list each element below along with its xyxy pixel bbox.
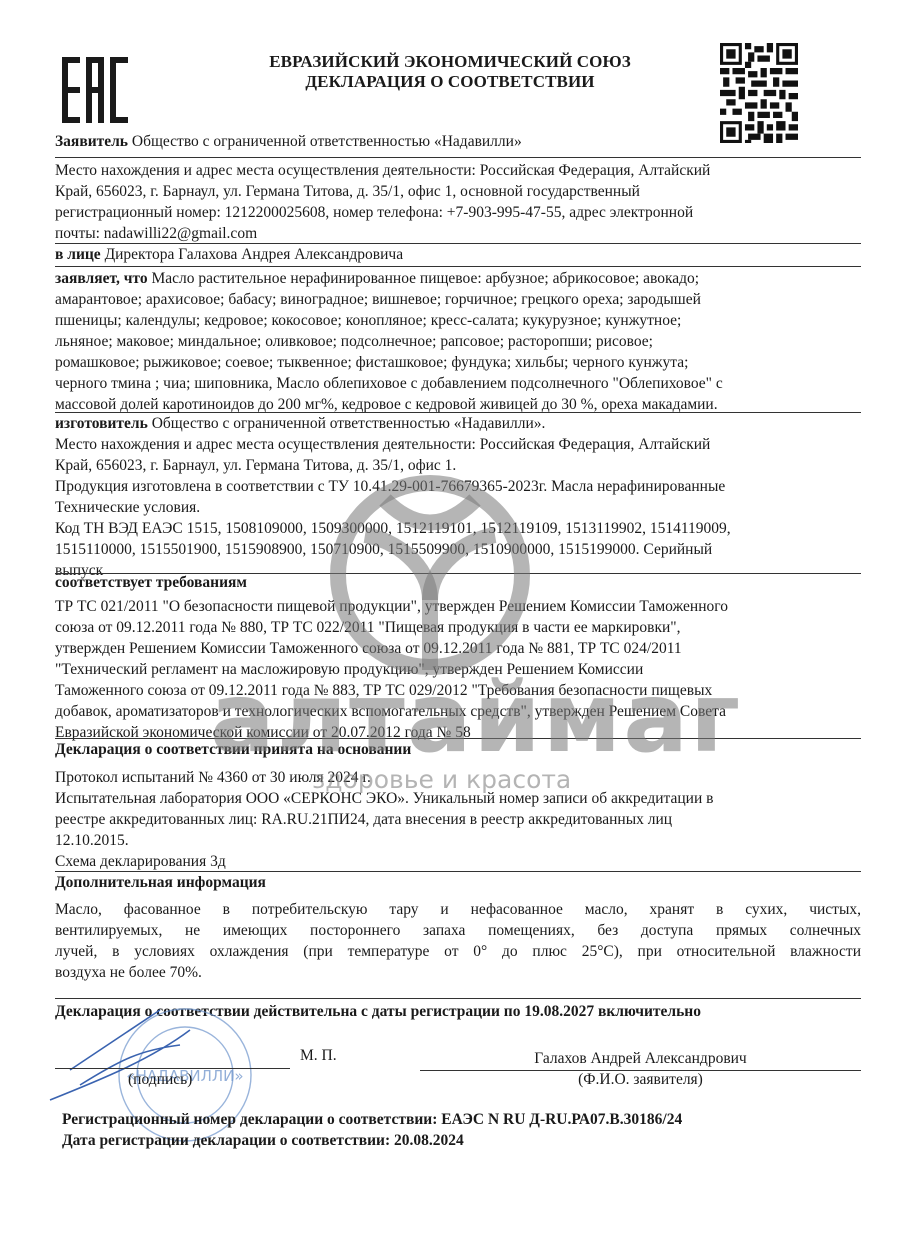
- basis-line: Схема декларирования 3д: [55, 851, 861, 872]
- signature-caption: (подпись): [128, 1071, 192, 1089]
- address-line: регистрационный номер: 1212200025608, но…: [55, 202, 861, 223]
- represented-by-value: Директора Галахова Андрея Александровича: [105, 246, 404, 263]
- address-line: почты: nadawilli22@gmail.com: [55, 223, 861, 244]
- manufacturer-section: изготовитель Общество с ограниченной отв…: [55, 413, 861, 581]
- product-line: ромашковое; рыжиковое; соевое; тыквенное…: [55, 352, 861, 373]
- requirements-heading: соответствует требованиям: [55, 572, 861, 593]
- product-line: черного тмина ; чиа; шиповника, Масло об…: [55, 373, 861, 394]
- hs-code-line: 1515110000, 1515501900, 1515908900, 1507…: [55, 539, 861, 560]
- requirements-section: соответствует требованиям ТР ТС 021/2011…: [55, 572, 861, 743]
- additional-info-line: воздуха не более 70%.: [55, 962, 861, 983]
- eac-logo-icon: [60, 55, 130, 125]
- qr-code-icon: [720, 43, 798, 143]
- manufacturer-address-line: Край, 656023, г. Барнаул, ул. Германа Ти…: [55, 455, 861, 476]
- requirement-line: "Технический регламент на масложировую п…: [55, 659, 861, 680]
- basis-line: реестре аккредитованных лиц: RA.RU.21ПИ2…: [55, 809, 861, 830]
- signature-icon: [40, 990, 200, 1110]
- title-union: ЕВРАЗИЙСКИЙ ЭКОНОМИЧЕСКИЙ СОЮЗ: [180, 52, 720, 72]
- registration-section: Регистрационный номер декларации о соотв…: [62, 1109, 868, 1151]
- represented-by-section: в лице Директора Галахова Андрея Алексан…: [55, 244, 861, 265]
- applicant-section: Заявитель Общество с ограниченной ответс…: [55, 131, 861, 152]
- declares-label: заявляет, что: [55, 270, 148, 287]
- applicant-value: Общество с ограниченной ответственностью…: [132, 133, 522, 150]
- manufacturer-label: изготовитель: [55, 415, 148, 432]
- signature-line: [55, 1068, 290, 1069]
- product-line: пшеницы; календулы; кедровое; кокосовое;…: [55, 310, 861, 331]
- basis-line: Протокол испытаний № 4360 от 30 июля 202…: [55, 767, 861, 788]
- divider: [55, 157, 861, 158]
- basis-section: Декларация о соответствии принята на осн…: [55, 739, 861, 872]
- requirement-line: добавок, ароматизаторов и технологически…: [55, 701, 861, 722]
- additional-info-line: Масло, фасованное в потребительскую тару…: [55, 899, 861, 920]
- registration-number: ЕАЭС N RU Д-RU.РА07.В.30186/24: [441, 1111, 682, 1128]
- requirement-line: Таможенного союза от 09.12.2011 года № 8…: [55, 680, 861, 701]
- product-line: Масло растительное нерафинированное пище…: [151, 270, 699, 287]
- requirement-line: утвержден Решением Комиссии Таможенного …: [55, 638, 861, 659]
- address-line: Край, 656023, г. Барнаул, ул. Германа Ти…: [55, 181, 861, 202]
- registration-number-label: Регистрационный номер декларации о соотв…: [62, 1111, 437, 1128]
- manufacturer-address-line: Место нахождения и адрес места осуществл…: [55, 434, 861, 455]
- registration-date: 20.08.2024: [394, 1132, 464, 1149]
- basis-heading: Декларация о соответствии принята на осн…: [55, 739, 861, 760]
- address-line: Место нахождения и адрес места осуществл…: [55, 160, 861, 181]
- title-declaration: ДЕКЛАРАЦИЯ О СООТВЕТСТВИИ: [180, 72, 720, 92]
- applicant-label: Заявитель: [55, 133, 128, 150]
- additional-info-section: Дополнительная информация Масло, фасован…: [55, 872, 861, 983]
- product-line: льняное; маковое; миндальное; оливковое;…: [55, 331, 861, 352]
- declaration-document: ЕВРАЗИЙСКИЙ ЭКОНОМИЧЕСКИЙ СОЮЗ ДЕКЛАРАЦИ…: [0, 0, 900, 1237]
- seal-label: М. П.: [300, 1047, 337, 1065]
- additional-info-line: вентилируемых, не имеющих постороннего з…: [55, 920, 861, 941]
- hs-code-line: Код ТН ВЭД ЕАЭС 1515, 1508109000, 150930…: [55, 518, 861, 539]
- applicant-name: Галахов Андрей Александрович: [420, 1050, 861, 1068]
- product-line: амарантовое; арахисовое; бабасу; виногра…: [55, 289, 861, 310]
- basis-line: Испытательная лаборатория ООО «СЕРКОНС Э…: [55, 788, 861, 809]
- applicant-address: Место нахождения и адрес места осуществл…: [55, 160, 861, 244]
- represented-by-label: в лице: [55, 246, 101, 263]
- requirement-line: ТР ТС 021/2011 "О безопасности пищевой п…: [55, 596, 861, 617]
- spec-line: Технические условия.: [55, 497, 861, 518]
- spec-line: Продукция изготовлена в соответствии с Т…: [55, 476, 861, 497]
- registration-date-label: Дата регистрации декларации о соответств…: [62, 1132, 390, 1149]
- declares-section: заявляет, что Масло растительное нерафин…: [55, 268, 861, 415]
- additional-info-line: лучей, в условиях охлаждения (при темпер…: [55, 941, 861, 962]
- additional-info-heading: Дополнительная информация: [55, 872, 861, 893]
- document-title: ЕВРАЗИЙСКИЙ ЭКОНОМИЧЕСКИЙ СОЮЗ ДЕКЛАРАЦИ…: [180, 52, 720, 92]
- requirement-line: союза от 09.12.2011 года № 880, ТР ТС 02…: [55, 617, 861, 638]
- name-caption: (Ф.И.О. заявителя): [420, 1071, 861, 1089]
- manufacturer-value: Общество с ограниченной ответственностью…: [152, 415, 546, 432]
- basis-line: 12.10.2015.: [55, 830, 861, 851]
- divider: [55, 266, 861, 267]
